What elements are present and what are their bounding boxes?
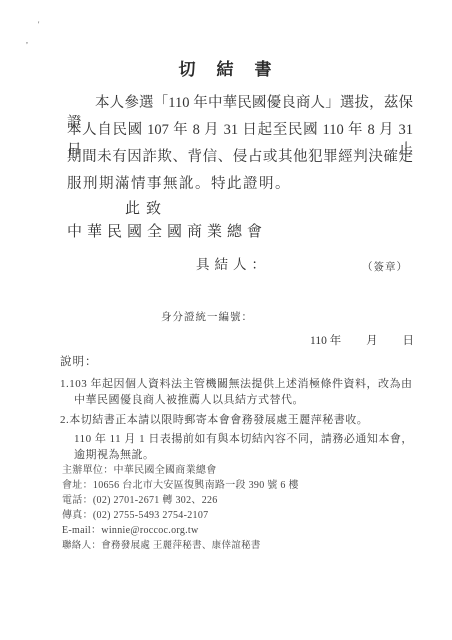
scan-artifact-mark: ' — [38, 20, 40, 29]
notes-heading: 說明： — [60, 353, 98, 369]
document-title: 切 結 書 — [0, 55, 452, 80]
pledge-line-3: 期間未有因詐欺、背信、侵占或其他犯罪經判決確定 — [67, 147, 413, 167]
date-month: 月 — [366, 335, 378, 347]
footer-contact: 聯絡人：會務發展處 王麗萍秘書、康倖誼秘書 — [62, 537, 261, 551]
declarant-label: 具結人： — [196, 253, 270, 273]
footer-address: 會址：10656 台北市大安區復興南路一段 390 號 6 樓 — [62, 476, 299, 491]
pledge-line-4: 服刑期滿情事無訛。特此證明。 — [67, 174, 413, 194]
salutation: 此致 — [125, 197, 167, 218]
date-day: 日 — [402, 335, 414, 347]
date-year: 110 年 — [310, 335, 341, 347]
id-number-label: 身分證統一編號： — [161, 309, 253, 324]
note-2: 2.本切結書正本請以限時郵寄本會會務發展處王麗萍秘書收。 — [60, 411, 368, 427]
footer-email: E-mail：winnie@roccoc.org.tw — [62, 521, 199, 536]
seal-hint: （簽章） — [362, 259, 408, 274]
footer-organizer: 主辦單位：中華民國全國商業總會 — [62, 461, 217, 476]
note-1-line-2: 中華民國優良商人被推薦人以具結方式替代。 — [74, 391, 304, 407]
note-2-sub-line-2: 逾期視為無訛。 — [74, 446, 155, 462]
note-1-line-1: 1.103 年起因個人資料法主管機關無法提供上述消極條件資料，改為由 — [60, 375, 413, 391]
recipient-organization: 中華民國全國商業總會 — [67, 220, 267, 241]
date-line: 110 年 月 日 — [310, 332, 414, 348]
scanned-affidavit-page: ' , 切 結 書 本人參選「110 年中華民國優良商人」選拔，茲保證 本人自民… — [0, 0, 452, 640]
scan-artifact-mark: , — [26, 36, 29, 45]
footer-fax: 傳真：(02) 2755-5493 2754-2107 — [62, 506, 208, 521]
note-2-sub-line-1: 110 年 11 月 1 日表揚前如有與本切結內容不同，請務必通知本會， — [74, 430, 413, 446]
footer-phone: 電話：(02) 2701-2671 轉 302、226 — [62, 491, 218, 506]
